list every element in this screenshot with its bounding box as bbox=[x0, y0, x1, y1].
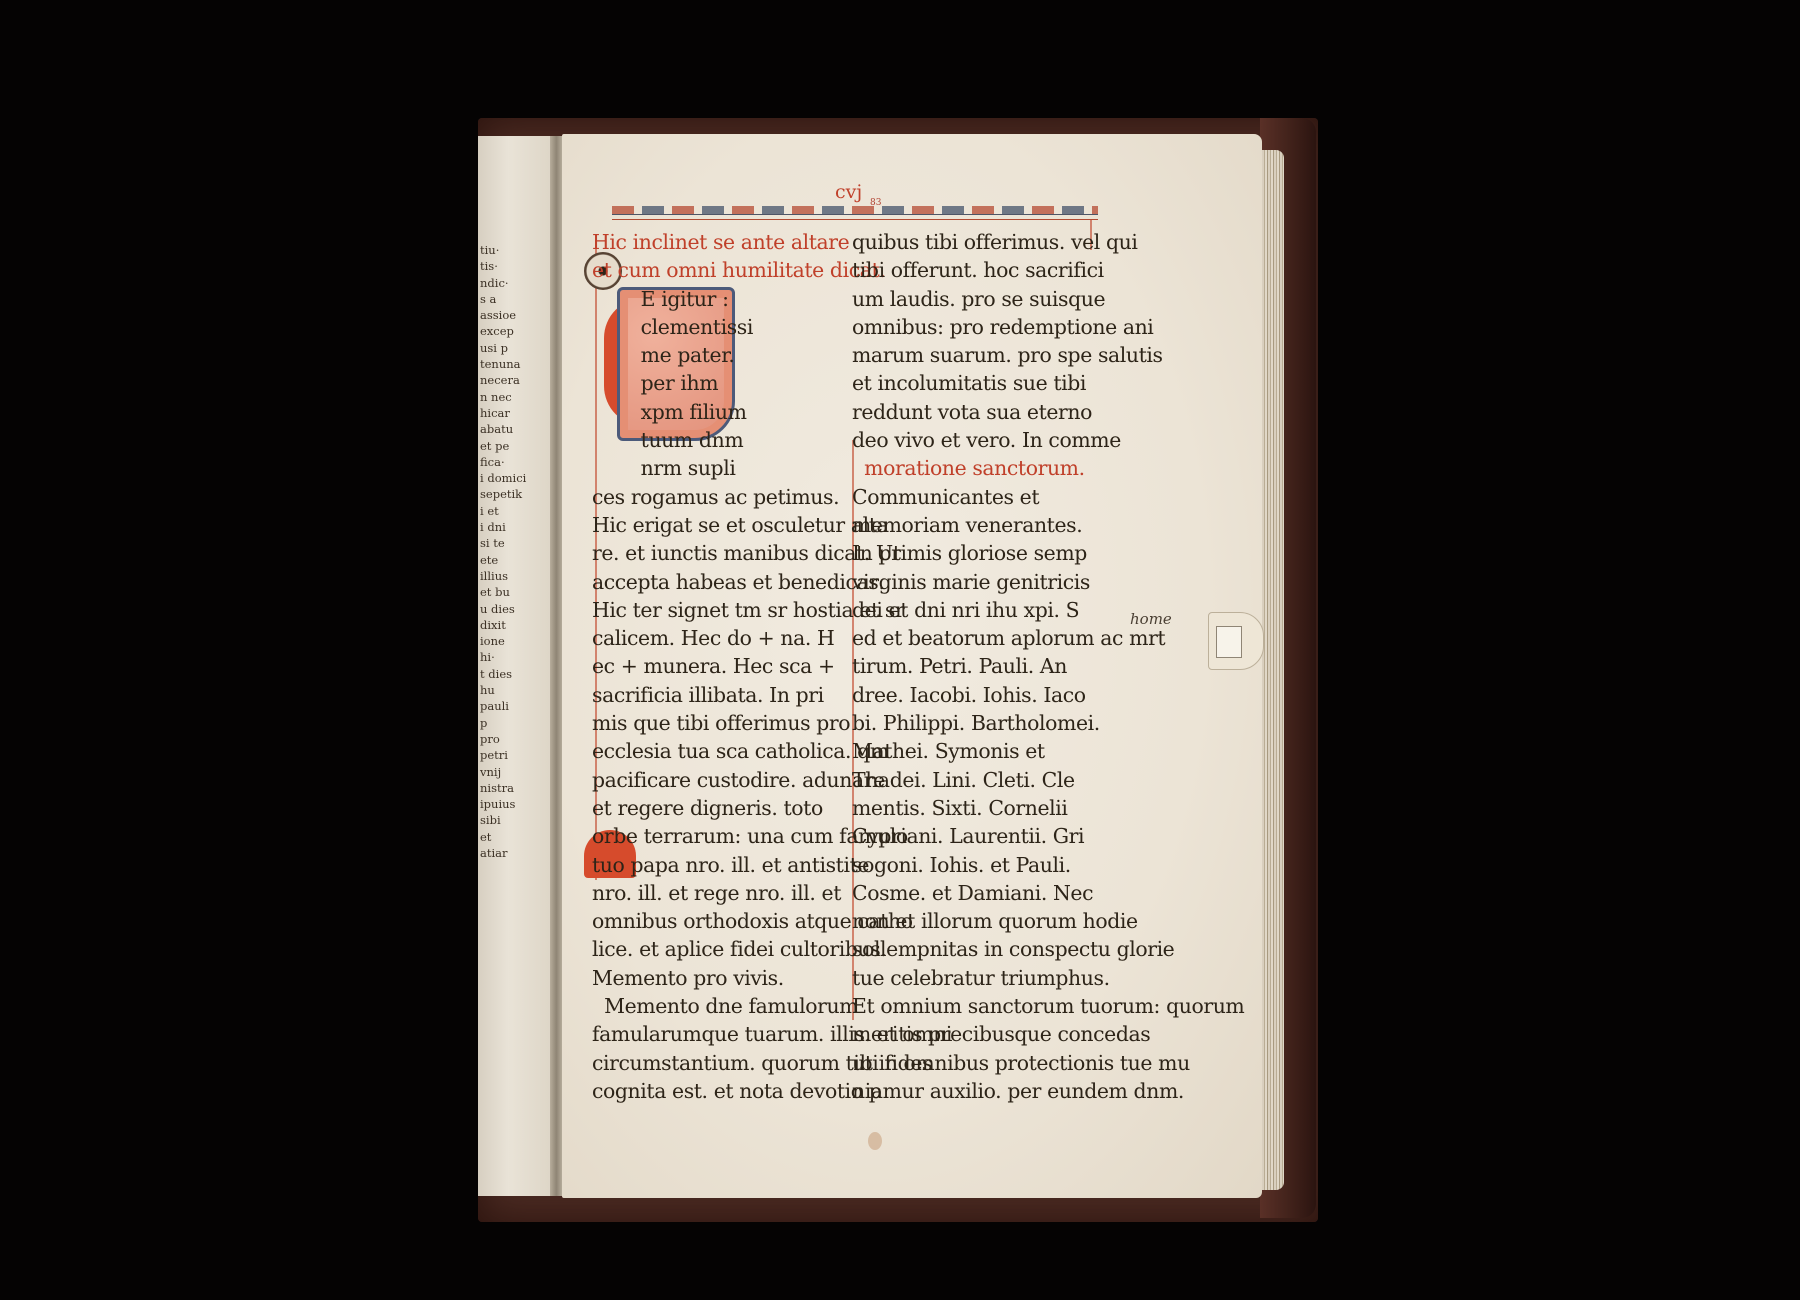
text-line: mis que tibi offerimus pro bbox=[592, 709, 832, 737]
text-line: accepta habeas et benedicas. bbox=[592, 568, 832, 596]
text-line: Hic erigat se et osculetur alta bbox=[592, 511, 832, 539]
text-line: sollempnitas in conspectu glorie bbox=[852, 935, 1100, 963]
text-line: sogoni. Iohis. et Pauli. bbox=[852, 851, 1100, 879]
tab-marker-inner bbox=[1216, 626, 1242, 658]
text-line: lice. et aplice fidei cultoribus. bbox=[592, 935, 832, 963]
text-line: tuo papa nro. ill. et antistite bbox=[592, 851, 832, 879]
text-line: mentis. Sixti. Cornelii bbox=[852, 794, 1100, 822]
text-line: clementissi bbox=[592, 313, 832, 341]
text-line: Cosme. et Damiani. Nec bbox=[852, 879, 1100, 907]
text-line: per ihm bbox=[592, 369, 832, 397]
text-line: E igitur : bbox=[592, 285, 832, 313]
text-line: Mathei. Symonis et bbox=[852, 737, 1100, 765]
parchment-stain bbox=[868, 1132, 882, 1150]
text-line: sacrificia illibata. In pri bbox=[592, 681, 832, 709]
margin-annotation: home bbox=[1130, 610, 1172, 628]
text-line: omnibus orthodoxis atque catho bbox=[592, 907, 832, 935]
text-line: Memento pro vivis. bbox=[592, 964, 832, 992]
verso-text: tiu· tis· ndic· s a assioe excep usi p t… bbox=[480, 242, 550, 861]
text-line: In primis gloriose semp bbox=[852, 539, 1100, 567]
text-line: ecclesia tua sca catholica. qm bbox=[592, 737, 832, 765]
text-line: famularumque tuarum. illis. et omni bbox=[592, 1020, 832, 1048]
text-line: pacificare custodire. adunare bbox=[592, 766, 832, 794]
text-line: reddunt vota sua eterno bbox=[852, 398, 1100, 426]
text-line: tirum. Petri. Pauli. An bbox=[852, 652, 1100, 680]
top-ruling bbox=[612, 214, 1098, 220]
text-line: ec + munera. Hec sca + bbox=[592, 652, 832, 680]
text-line: tue celebratur triumphus. bbox=[852, 964, 1100, 992]
penwork-border bbox=[612, 206, 1098, 214]
text-line: Cypriani. Laurentii. Gri bbox=[852, 822, 1100, 850]
text-line: niamur auxilio. per eundem dnm. bbox=[852, 1077, 1100, 1105]
text-line: Et omnium sanctorum tuorum: quorum bbox=[852, 992, 1100, 1020]
text-line: deo vivo et vero. In comme bbox=[852, 426, 1100, 454]
text-line: Communicantes et bbox=[852, 483, 1100, 511]
text-line: ces rogamus ac petimus. bbox=[592, 483, 832, 511]
text-line: dei et dni nri ihu xpi. S bbox=[852, 596, 1100, 624]
text-line: dree. Iacobi. Iohis. Iaco bbox=[852, 681, 1100, 709]
text-line: orbe terrarum: una cum famulo bbox=[592, 822, 832, 850]
text-line: cognita est. et nota devotio p bbox=[592, 1077, 832, 1105]
text-line: moratione sanctorum. bbox=[852, 454, 1100, 482]
text-line: virginis marie genitricis bbox=[852, 568, 1100, 596]
text-line: Hic inclinet se ante altare bbox=[592, 228, 832, 256]
text-line: Thadei. Lini. Cleti. Cle bbox=[852, 766, 1100, 794]
text-line: calicem. Hec do + na. H bbox=[592, 624, 832, 652]
text-column-left: Hic inclinet se ante altareet cum omni h… bbox=[592, 228, 832, 1105]
text-line: me pater. bbox=[592, 341, 832, 369]
text-line: et incolumitatis sue tibi bbox=[852, 369, 1100, 397]
text-line: circumstantium. quorum tibi fides bbox=[592, 1049, 832, 1077]
text-line: meritis precibusque concedas bbox=[852, 1020, 1100, 1048]
text-column-right: quibus tibi offerimus. vel quitibi offer… bbox=[852, 228, 1100, 1105]
text-line: nro. ill. et rege nro. ill. et bbox=[592, 879, 832, 907]
text-line: et cum omni humilitate dicat. bbox=[592, 256, 832, 284]
text-line: non et illorum quorum hodie bbox=[852, 907, 1100, 935]
text-line: Hic ter signet tm sr hostia et sr bbox=[592, 596, 832, 624]
text-line: nrm supli bbox=[592, 454, 832, 482]
text-line: ed et beatorum aplorum ac mrt bbox=[852, 624, 1100, 652]
text-line: marum suarum. pro spe salutis bbox=[852, 341, 1100, 369]
text-line: Memento dne famulorum bbox=[592, 992, 832, 1020]
text-line: et regere digneris. toto bbox=[592, 794, 832, 822]
text-line: re. et iunctis manibus dicat. Ut bbox=[592, 539, 832, 567]
page-fore-edge bbox=[1262, 150, 1284, 1190]
text-line: ut in omnibus protectionis tue mu bbox=[852, 1049, 1100, 1077]
text-line: quibus tibi offerimus. vel qui bbox=[852, 228, 1100, 256]
folio-number: cvj bbox=[835, 181, 862, 203]
text-line: memoriam venerantes. bbox=[852, 511, 1100, 539]
text-line: tuum dnm bbox=[592, 426, 832, 454]
text-line: bi. Philippi. Bartholomei. bbox=[852, 709, 1100, 737]
text-line: omnibus: pro redemptione ani bbox=[852, 313, 1100, 341]
text-line: um laudis. pro se suisque bbox=[852, 285, 1100, 313]
text-line: xpm filium bbox=[592, 398, 832, 426]
text-line: tibi offerunt. hoc sacrifici bbox=[852, 256, 1100, 284]
